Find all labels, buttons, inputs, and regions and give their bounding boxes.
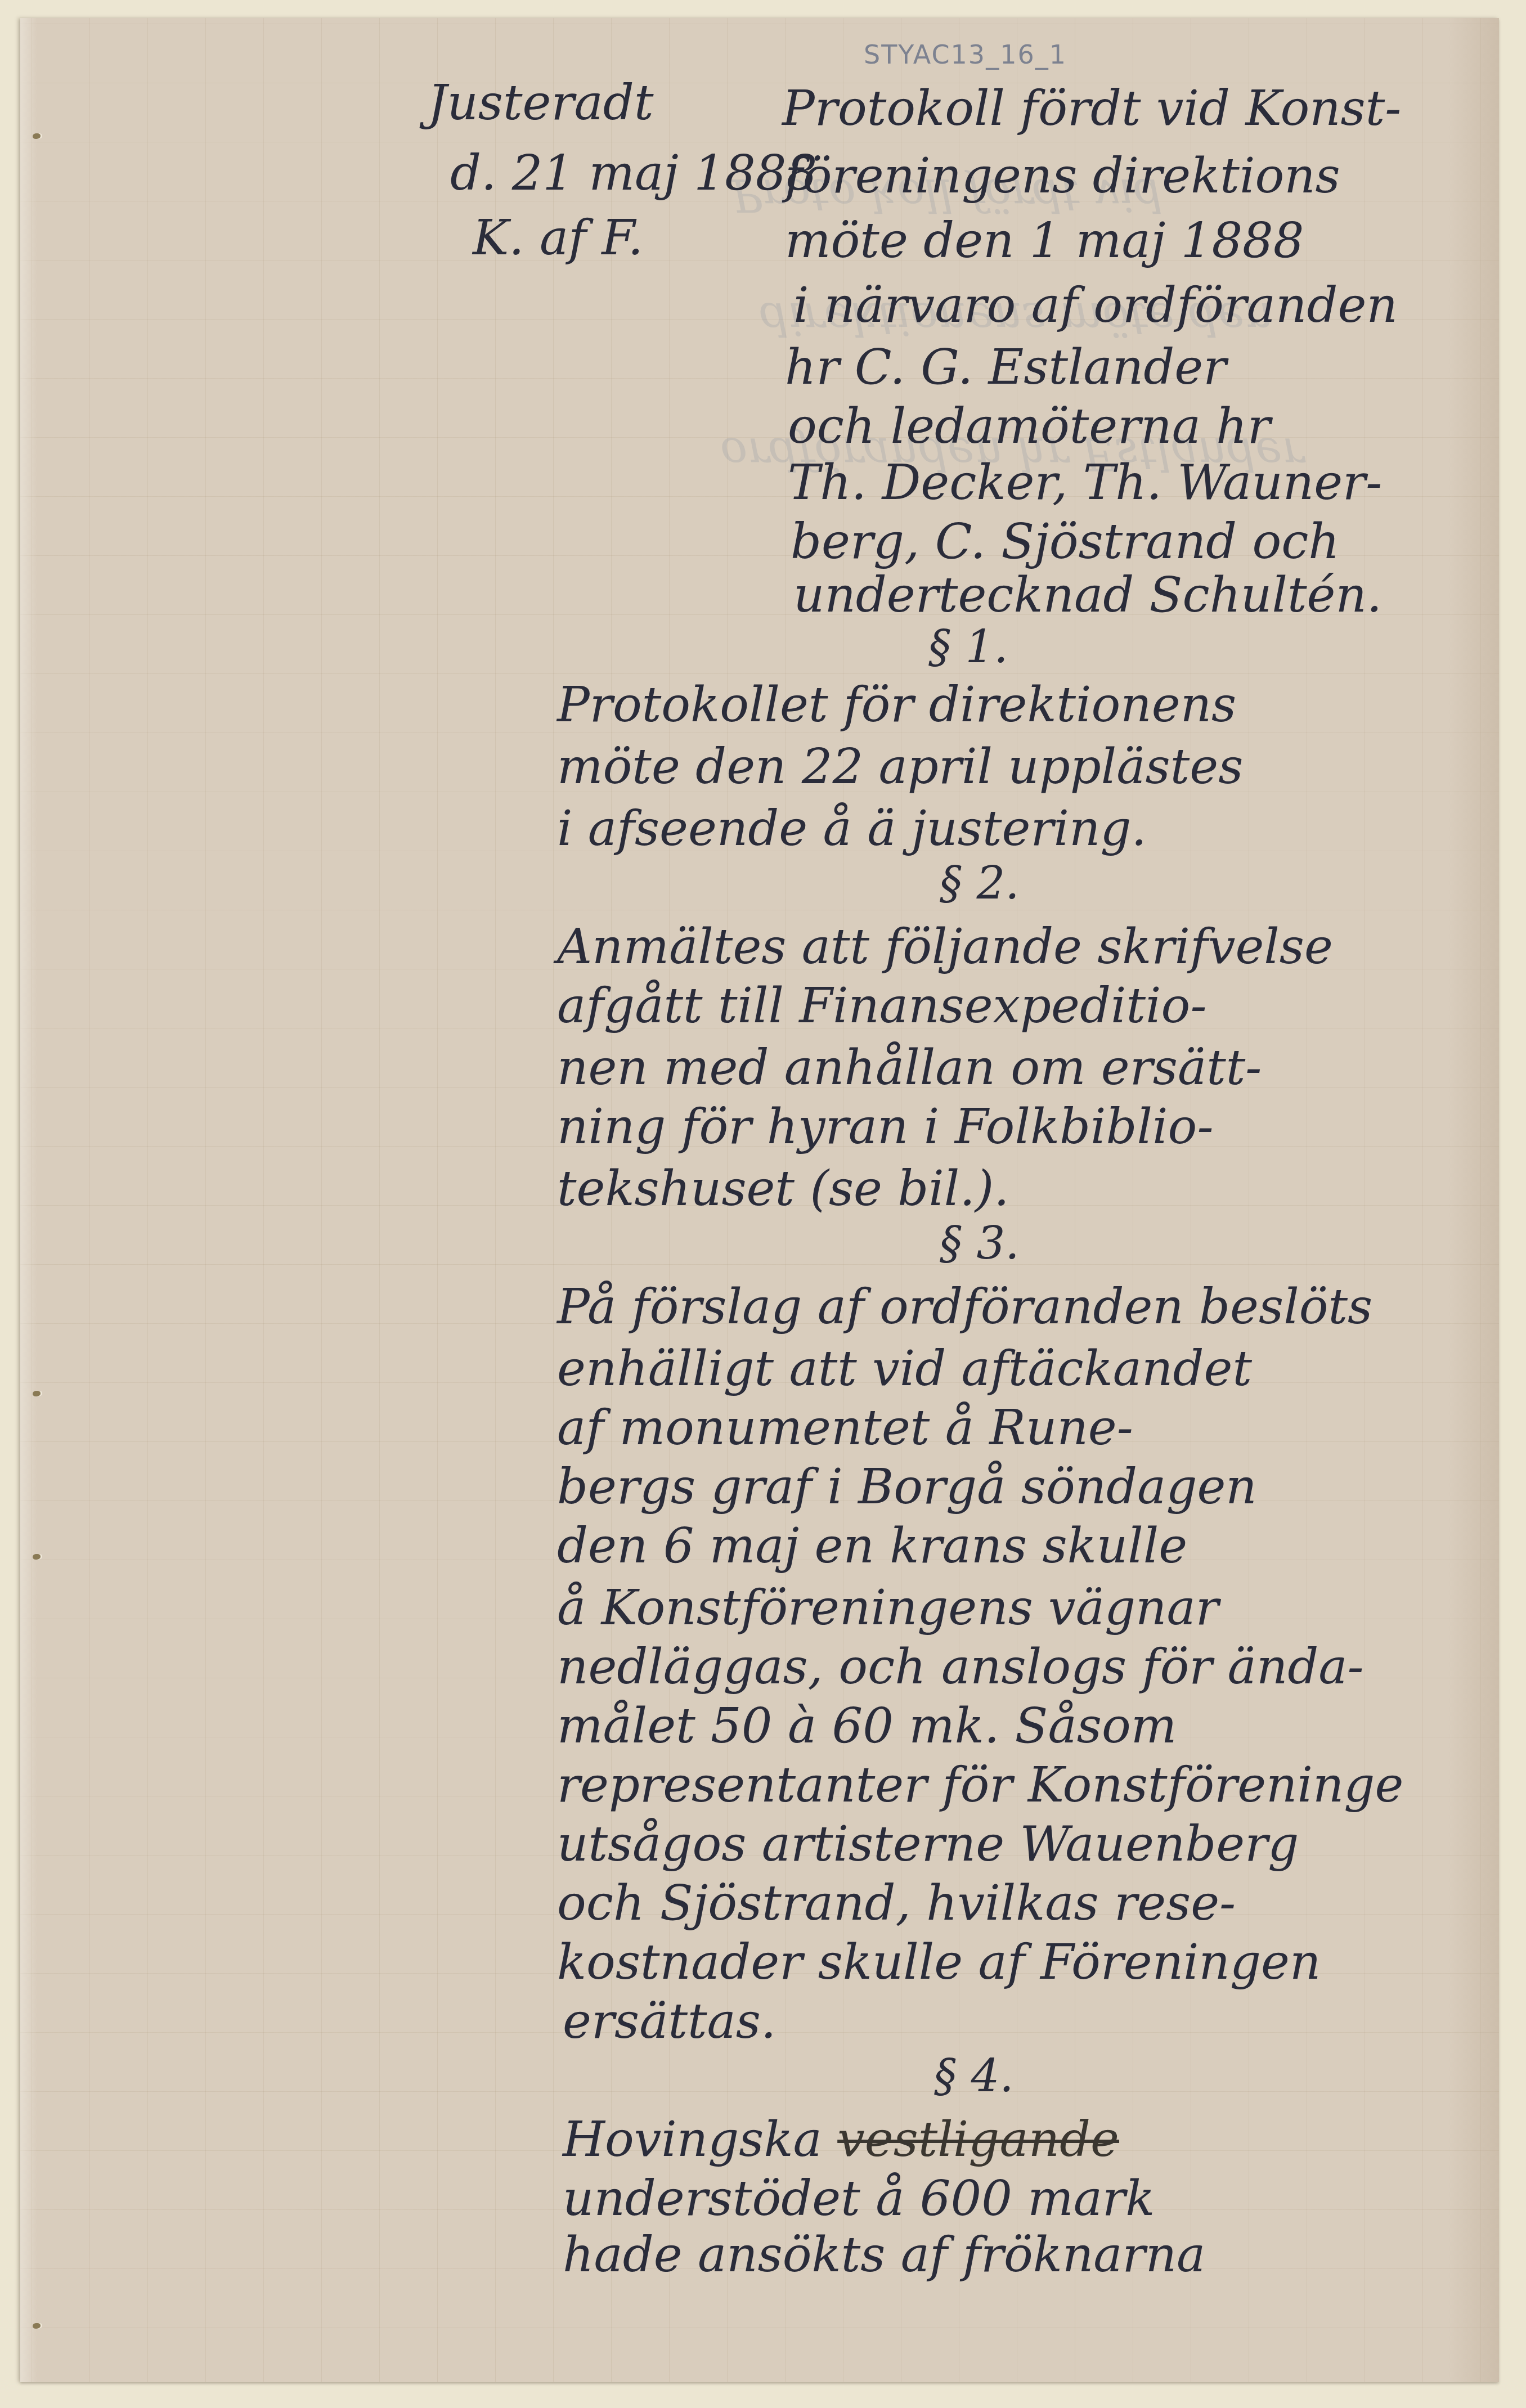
header-line: och ledamöterna hr <box>788 402 1271 451</box>
section-line: På förslag af ordföranden beslöts <box>557 1283 1372 1331</box>
section-line: Hovingska vestligande <box>563 2115 1119 2164</box>
section-line: den 6 maj en krans skulle <box>557 1522 1187 1570</box>
punch-hole <box>33 2323 41 2329</box>
punch-hole <box>33 133 41 139</box>
section-line: Protokollet för direktionens <box>557 681 1236 729</box>
punch-hole <box>33 1554 41 1560</box>
section-line: målet 50 à 60 mk. Såsom <box>557 1702 1177 1750</box>
margin-note-line: Justeradt <box>428 79 653 127</box>
archive-id-stamp: STYAC13_16_1 <box>864 39 1067 70</box>
section-line: ersättas. <box>563 1997 776 2046</box>
header-line: i närvaro af ordföranden <box>793 281 1398 330</box>
punch-hole <box>33 1391 41 1396</box>
section-line: tekshuset (se bil.). <box>557 1165 1009 1213</box>
section-line: och Sjöstrand, hvilkas rese- <box>557 1879 1236 1928</box>
section-line-text: Hovingska <box>563 2112 837 2168</box>
section-line: ning för hyran i Folkbiblio- <box>557 1103 1213 1151</box>
header-line: föreningens direktions <box>785 152 1340 200</box>
header-line: hr C. G. Estlander <box>785 343 1226 392</box>
section-line: representanter för Konstföreninge <box>557 1761 1403 1809</box>
section-line: af monumentet å Rune- <box>557 1404 1133 1452</box>
margin-note-line: d. 21 maj 1888 <box>450 149 817 197</box>
header-line: Protokoll fördt vid Konst- <box>782 84 1401 133</box>
section-line: kostnader skulle af Föreningen <box>557 1938 1321 1987</box>
section-line: utsågos artisterne Wauenberg <box>557 1820 1299 1868</box>
struck-word: vestligande <box>837 2112 1119 2168</box>
section-line: Anmältes att följande skrifvelse <box>557 923 1333 971</box>
section-line: i afseende å ä justering. <box>557 805 1147 853</box>
section-line: nedläggas, och anslogs för ända- <box>557 1643 1364 1691</box>
header-line: Th. Decker, Th. Wauner- <box>788 459 1382 507</box>
section-line: hade ansökts af fröknarna <box>563 2231 1205 2279</box>
header-line: undertecknad Schultén. <box>793 571 1382 619</box>
section-heading: § 2. <box>940 861 1020 906</box>
section-line: afgått till Finansexpeditio- <box>557 982 1206 1030</box>
section-line: möte den 22 april upplästes <box>557 743 1243 791</box>
section-heading: § 4. <box>934 2054 1014 2099</box>
header-line: berg, C. Sjöstrand och <box>791 518 1340 566</box>
header-line: möte den 1 maj 1888 <box>785 217 1304 265</box>
section-heading: § 1. <box>928 625 1008 670</box>
section-line: bergs graf i Borgå söndagen <box>557 1463 1257 1511</box>
section-line: nen med anhållan om ersätt- <box>557 1044 1262 1092</box>
section-line: understödet å 600 mark <box>563 2175 1155 2223</box>
margin-note-line: K. af F. <box>473 214 643 262</box>
section-line: å Konstföreningens vägnar <box>557 1584 1219 1632</box>
section-heading: § 3. <box>940 1221 1020 1266</box>
section-line: enhälligt att vid aftäckandet <box>557 1345 1252 1393</box>
